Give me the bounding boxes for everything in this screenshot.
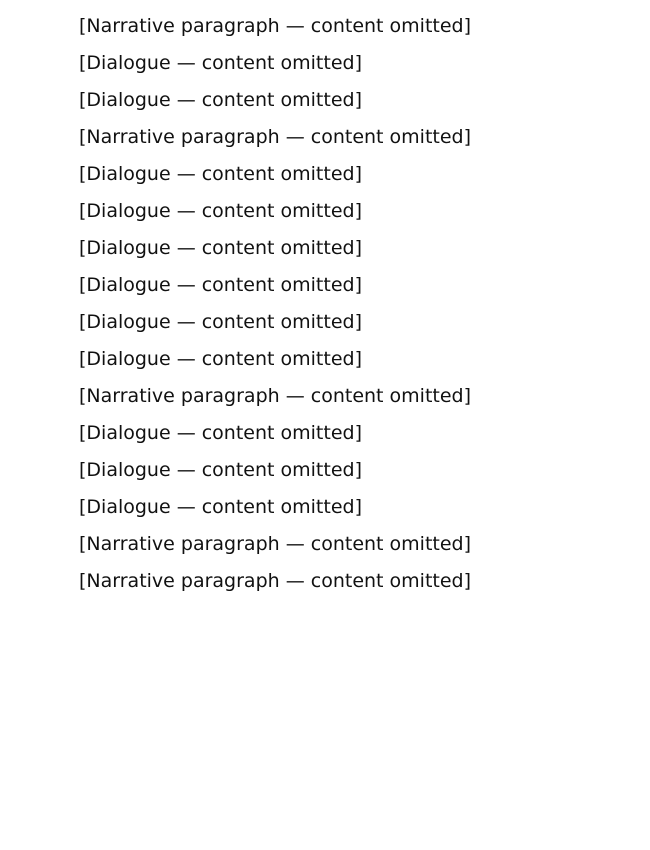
- paragraph: [Dialogue — content omitted]: [60, 419, 620, 447]
- paragraph: [Narrative paragraph — content omitted]: [60, 123, 620, 151]
- paragraph: [Dialogue — content omitted]: [60, 271, 620, 299]
- document-page: [Narrative paragraph — content omitted] …: [0, 0, 650, 850]
- paragraph: [Dialogue — content omitted]: [60, 234, 620, 262]
- paragraph: [Dialogue — content omitted]: [60, 197, 620, 225]
- paragraph: [Dialogue — content omitted]: [60, 49, 620, 77]
- paragraph: [Narrative paragraph — content omitted]: [60, 382, 620, 410]
- paragraph: [Dialogue — content omitted]: [60, 456, 620, 484]
- paragraph: [Dialogue — content omitted]: [60, 493, 620, 521]
- paragraph: [Narrative paragraph — content omitted]: [60, 530, 620, 558]
- paragraph: [Narrative paragraph — content omitted]: [60, 12, 620, 40]
- paragraph: [Dialogue — content omitted]: [60, 345, 620, 373]
- paragraph: [Dialogue — content omitted]: [60, 160, 620, 188]
- paragraph: [Dialogue — content omitted]: [60, 86, 620, 114]
- paragraph: [Dialogue — content omitted]: [60, 308, 620, 336]
- paragraph: [Narrative paragraph — content omitted]: [60, 567, 620, 595]
